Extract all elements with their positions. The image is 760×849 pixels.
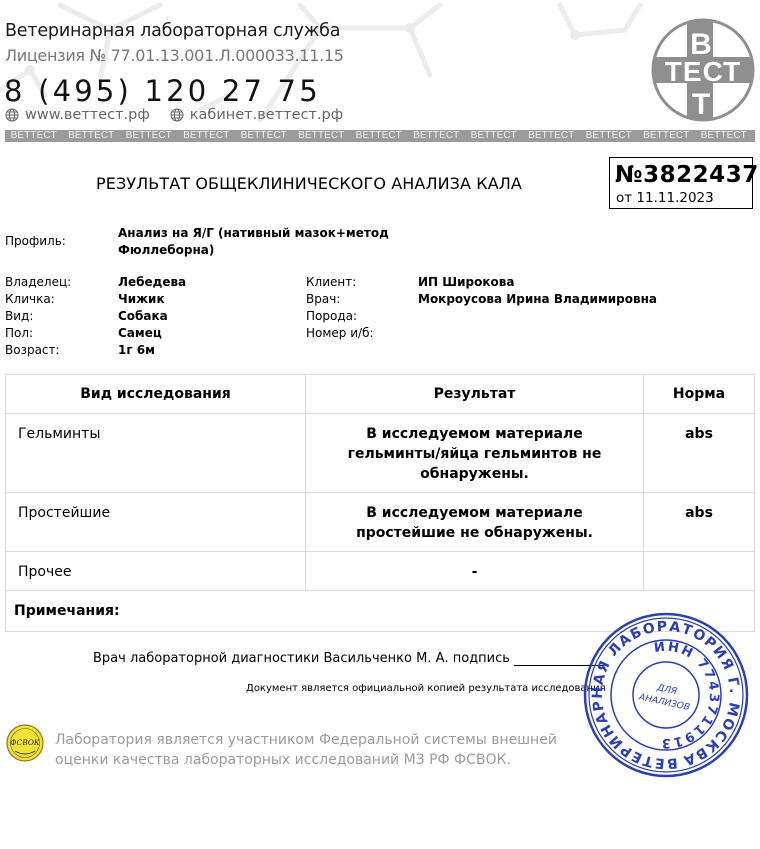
client-label: Клиент: <box>306 275 356 289</box>
study-name: Простейшие <box>6 493 306 552</box>
table-row: Гельминты В исследуемом материале гельми… <box>6 414 755 493</box>
nickname-label: Кличка: <box>5 292 55 306</box>
study-name: Гельминты <box>6 414 306 493</box>
nickname-value: Чижик <box>118 292 165 306</box>
client-value: ИП Широкова <box>418 275 514 289</box>
table-row: Прочее - <box>6 552 755 591</box>
table-header-row: Вид исследования Результат Норма <box>6 375 755 414</box>
brand-strip-item: BETTECT <box>293 130 351 142</box>
license-number: Лицензия № 77.01.13.001.Л.000033.11.15 <box>5 46 344 65</box>
laboratory-stamp: ВЕТЕРИНАРНАЯ ЛАБОРАТОРИЯ Г. МОСКВА • ВЕТ… <box>583 612 749 778</box>
svg-text:АНАЛИЗОВ: АНАЛИЗОВ <box>637 692 691 713</box>
brand-strip-item: BETTECT <box>178 130 236 142</box>
website-links: www.веттест.рф кабинет.веттест.рф <box>5 107 343 123</box>
signature-line: Врач лабораторной диагностики Васильченк… <box>93 651 604 666</box>
study-result: В исследуемом материале гельминты/яйца г… <box>306 414 644 493</box>
document-number-box: №3822437 от 11.11.2023 <box>609 157 753 209</box>
profile-value-line1: Анализ на Я/Г (нативный мазок+метод <box>118 226 389 240</box>
study-name: Прочее <box>6 552 306 591</box>
vettest-logo: В ТЕСТ Т <box>651 18 755 122</box>
header-norm: Норма <box>644 375 755 414</box>
breed-label: Порода: <box>306 309 357 323</box>
phone-number: 8 (495) 120 27 75 <box>4 74 321 108</box>
age-label: Возраст: <box>5 343 60 357</box>
brand-strip-item: BETTECT <box>350 130 408 142</box>
svg-text:ТЕСТ: ТЕСТ <box>665 56 741 87</box>
profile-label: Профиль: <box>5 234 66 248</box>
species-value: Собака <box>118 309 168 323</box>
profile-value-line2: Фюллеборна) <box>118 243 214 257</box>
fsvok-participation-text: Лаборатория является участником Федераль… <box>55 730 575 770</box>
study-norm: abs <box>644 414 755 493</box>
brand-strip-item: BETTECT <box>523 130 581 142</box>
cabinet-link-label: кабинет.веттест.рф <box>190 107 343 123</box>
brand-strip-item: BETTECT <box>408 130 466 142</box>
brand-strip-item: BETTECT <box>5 130 63 142</box>
brand-strip-item: BETTECT <box>235 130 293 142</box>
sex-value: Самец <box>118 326 162 340</box>
case-number-label: Номер и/б: <box>306 326 374 340</box>
table-row: Простейшие В исследуемом материале прост… <box>6 493 755 552</box>
document-number: №3822437 <box>615 162 759 188</box>
study-result: В исследуемом материале простейшие не об… <box>306 493 644 552</box>
website-link[interactable]: www.веттест.рф <box>5 107 150 123</box>
globe-icon <box>170 108 184 122</box>
brand-strip-item: BETTECT <box>120 130 178 142</box>
study-norm <box>644 552 755 591</box>
results-table: Вид исследования Результат Норма Гельмин… <box>5 374 755 632</box>
species-label: Вид: <box>5 309 33 323</box>
organization-name: Ветеринарная лабораторная служба <box>5 21 340 41</box>
brand-strip-item: BETTECT <box>638 130 696 142</box>
brand-strip-item: BETTECT <box>580 130 638 142</box>
svg-text:ФСВОК: ФСВОК <box>10 738 40 747</box>
brand-strip-item: BETTECT <box>695 130 753 142</box>
doctor-value: Мокроусова Ирина Владимировна <box>418 292 657 306</box>
doctor-label: Врач: <box>306 292 340 306</box>
document-title: РЕЗУЛЬТАТ ОБЩЕКЛИНИЧЕСКОГО АНАЛИЗА КАЛА <box>96 174 522 193</box>
header-study-type: Вид исследования <box>6 375 306 414</box>
letterhead: Ветеринарная лабораторная служба Лицензи… <box>0 0 760 145</box>
study-norm: abs <box>644 493 755 552</box>
svg-text:ДЛЯ: ДЛЯ <box>655 683 678 697</box>
owner-value: Лебедева <box>118 275 186 289</box>
brand-strip-item: BETTECT <box>465 130 523 142</box>
brand-strip-item: BETTECT <box>63 130 121 142</box>
brand-strip: BETTECTBETTECTBETTECTBETTECTBETTECTBETTE… <box>5 130 755 142</box>
signature-text: Врач лабораторной диагностики Васильченк… <box>93 651 510 666</box>
cabinet-link[interactable]: кабинет.веттест.рф <box>170 107 343 123</box>
official-copy-note: Документ является официальной копией рез… <box>246 683 606 694</box>
svg-text:Т: Т <box>692 88 710 121</box>
study-result: - <box>306 552 644 591</box>
fsvok-badge-icon: ФСВОК <box>6 724 44 762</box>
header-result: Результат <box>306 375 644 414</box>
owner-label: Владелец: <box>5 275 71 289</box>
age-value: 1г 6м <box>118 343 155 357</box>
globe-icon <box>5 108 19 122</box>
sex-label: Пол: <box>5 326 33 340</box>
website-link-label: www.веттест.рф <box>25 107 150 123</box>
document-date: от 11.11.2023 <box>616 190 714 206</box>
